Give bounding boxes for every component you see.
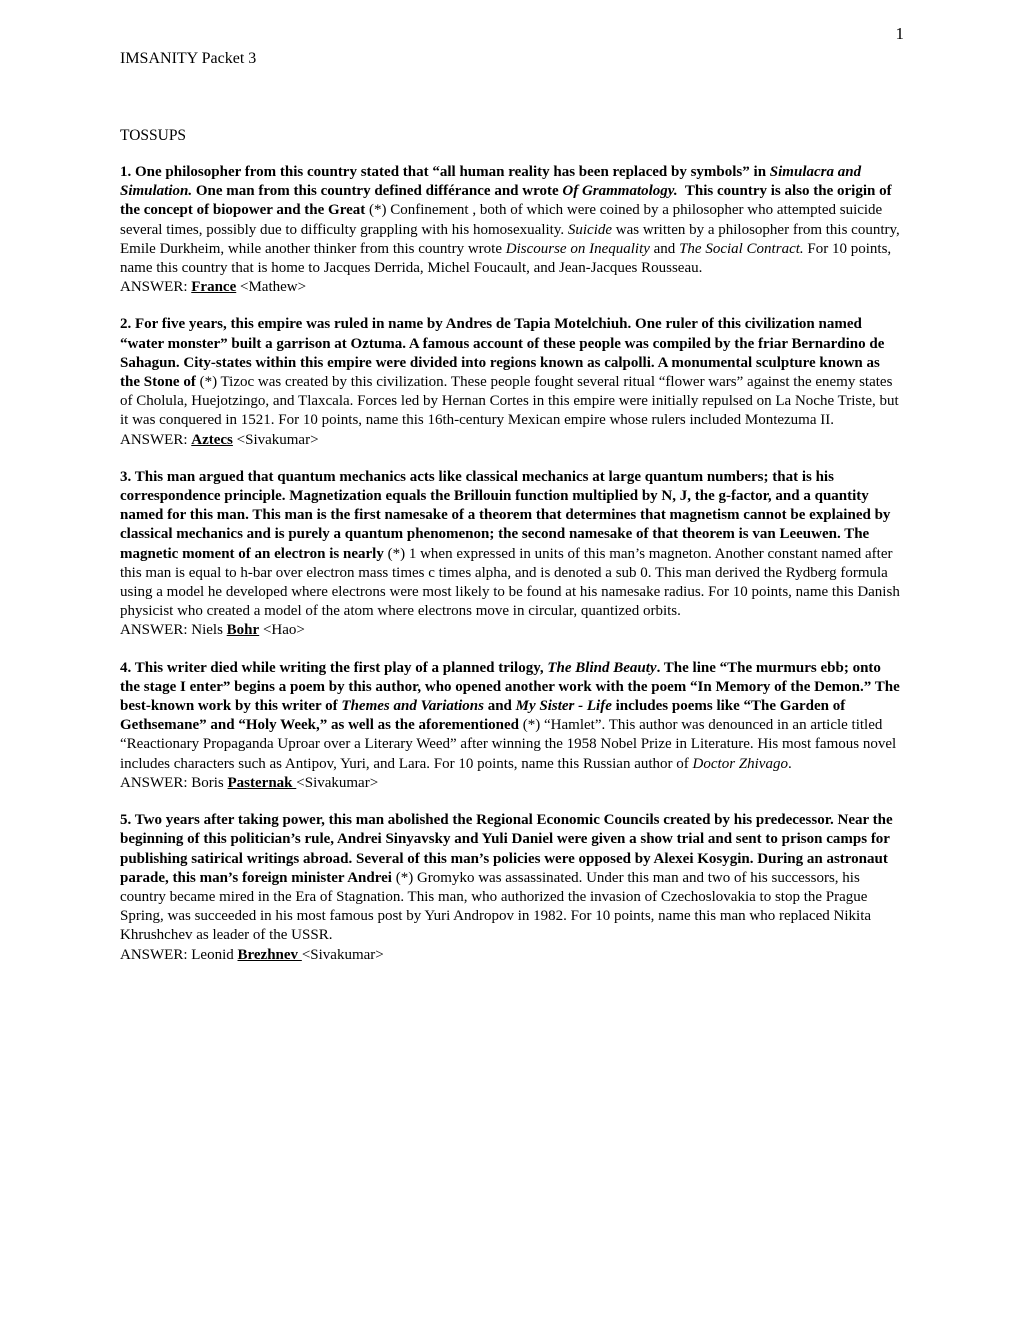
document-page: IMSANITY Packet 3 TOSSUPS 1. One philoso… (120, 49, 902, 965)
question-4-text: 4. This writer died while writing the fi… (120, 659, 902, 774)
text-run: (*) Tizoc was created by this civilizati… (120, 374, 899, 428)
question-5-answer: ANSWER: Leonid Brezhnev <Sivakumar> (120, 946, 902, 965)
text-run: The Blind Beauty (547, 660, 656, 676)
packet-title: IMSANITY Packet 3 (120, 49, 902, 68)
tossups-list: 1. One philosopher from this country sta… (120, 163, 902, 965)
question-2-text: 2. For five years, this empire was ruled… (120, 315, 902, 430)
question-1: 1. One philosopher from this country sta… (120, 163, 902, 297)
question-4: 4. This writer died while writing the fi… (120, 659, 902, 793)
text-run: ANSWER: (120, 279, 191, 295)
text-run: Brezhnev (238, 947, 302, 963)
question-1-text: 1. One philosopher from this country sta… (120, 163, 902, 278)
question-3: 3. This man argued that quantum mechanic… (120, 468, 902, 641)
text-run: My Sister - Life (516, 698, 612, 714)
text-run: Aztecs (191, 432, 233, 448)
text-run: Bohr (227, 622, 260, 638)
text-run: Themes and Variations (341, 698, 484, 714)
text-run: ANSWER: Leonid (120, 947, 238, 963)
question-1-answer: ANSWER: France <Mathew> (120, 278, 902, 297)
text-run: <Sivakumar> (302, 947, 384, 963)
text-run: and (650, 241, 679, 257)
text-run: 1. One philosopher from this country sta… (120, 164, 770, 180)
question-5: 5. Two years after taking power, this ma… (120, 811, 902, 965)
question-5-text: 5. Two years after taking power, this ma… (120, 811, 902, 945)
text-run: The Social Contract. (679, 241, 804, 257)
text-run: Discourse on Inequality (506, 241, 650, 257)
text-run: <Sivakumar> (296, 775, 378, 791)
text-run: . (788, 756, 792, 772)
text-run: Suicide (568, 222, 612, 238)
question-2: 2. For five years, this empire was ruled… (120, 315, 902, 449)
text-run: ANSWER: (120, 432, 191, 448)
text-run: ANSWER: Boris (120, 775, 228, 791)
text-run: France (191, 279, 236, 295)
text-run: <Hao> (259, 622, 305, 638)
question-3-text: 3. This man argued that quantum mechanic… (120, 468, 902, 622)
question-3-answer: ANSWER: Niels Bohr <Hao> (120, 621, 902, 640)
text-run: ANSWER: Niels (120, 622, 227, 638)
text-run: Pasternak (228, 775, 297, 791)
text-run: <Mathew> (236, 279, 306, 295)
text-run: Doctor Zhivago (693, 756, 788, 772)
text-run: and (484, 698, 516, 714)
text-run: One man from this country defined différ… (192, 183, 562, 199)
page-number: 1 (896, 24, 905, 43)
tossups-heading: TOSSUPS (120, 126, 902, 145)
text-run: <Sivakumar> (233, 432, 319, 448)
text-run: Of Grammatology. (562, 183, 677, 199)
question-4-answer: ANSWER: Boris Pasternak <Sivakumar> (120, 774, 902, 793)
question-2-answer: ANSWER: Aztecs <Sivakumar> (120, 431, 902, 450)
text-run: 4. This writer died while writing the fi… (120, 660, 547, 676)
